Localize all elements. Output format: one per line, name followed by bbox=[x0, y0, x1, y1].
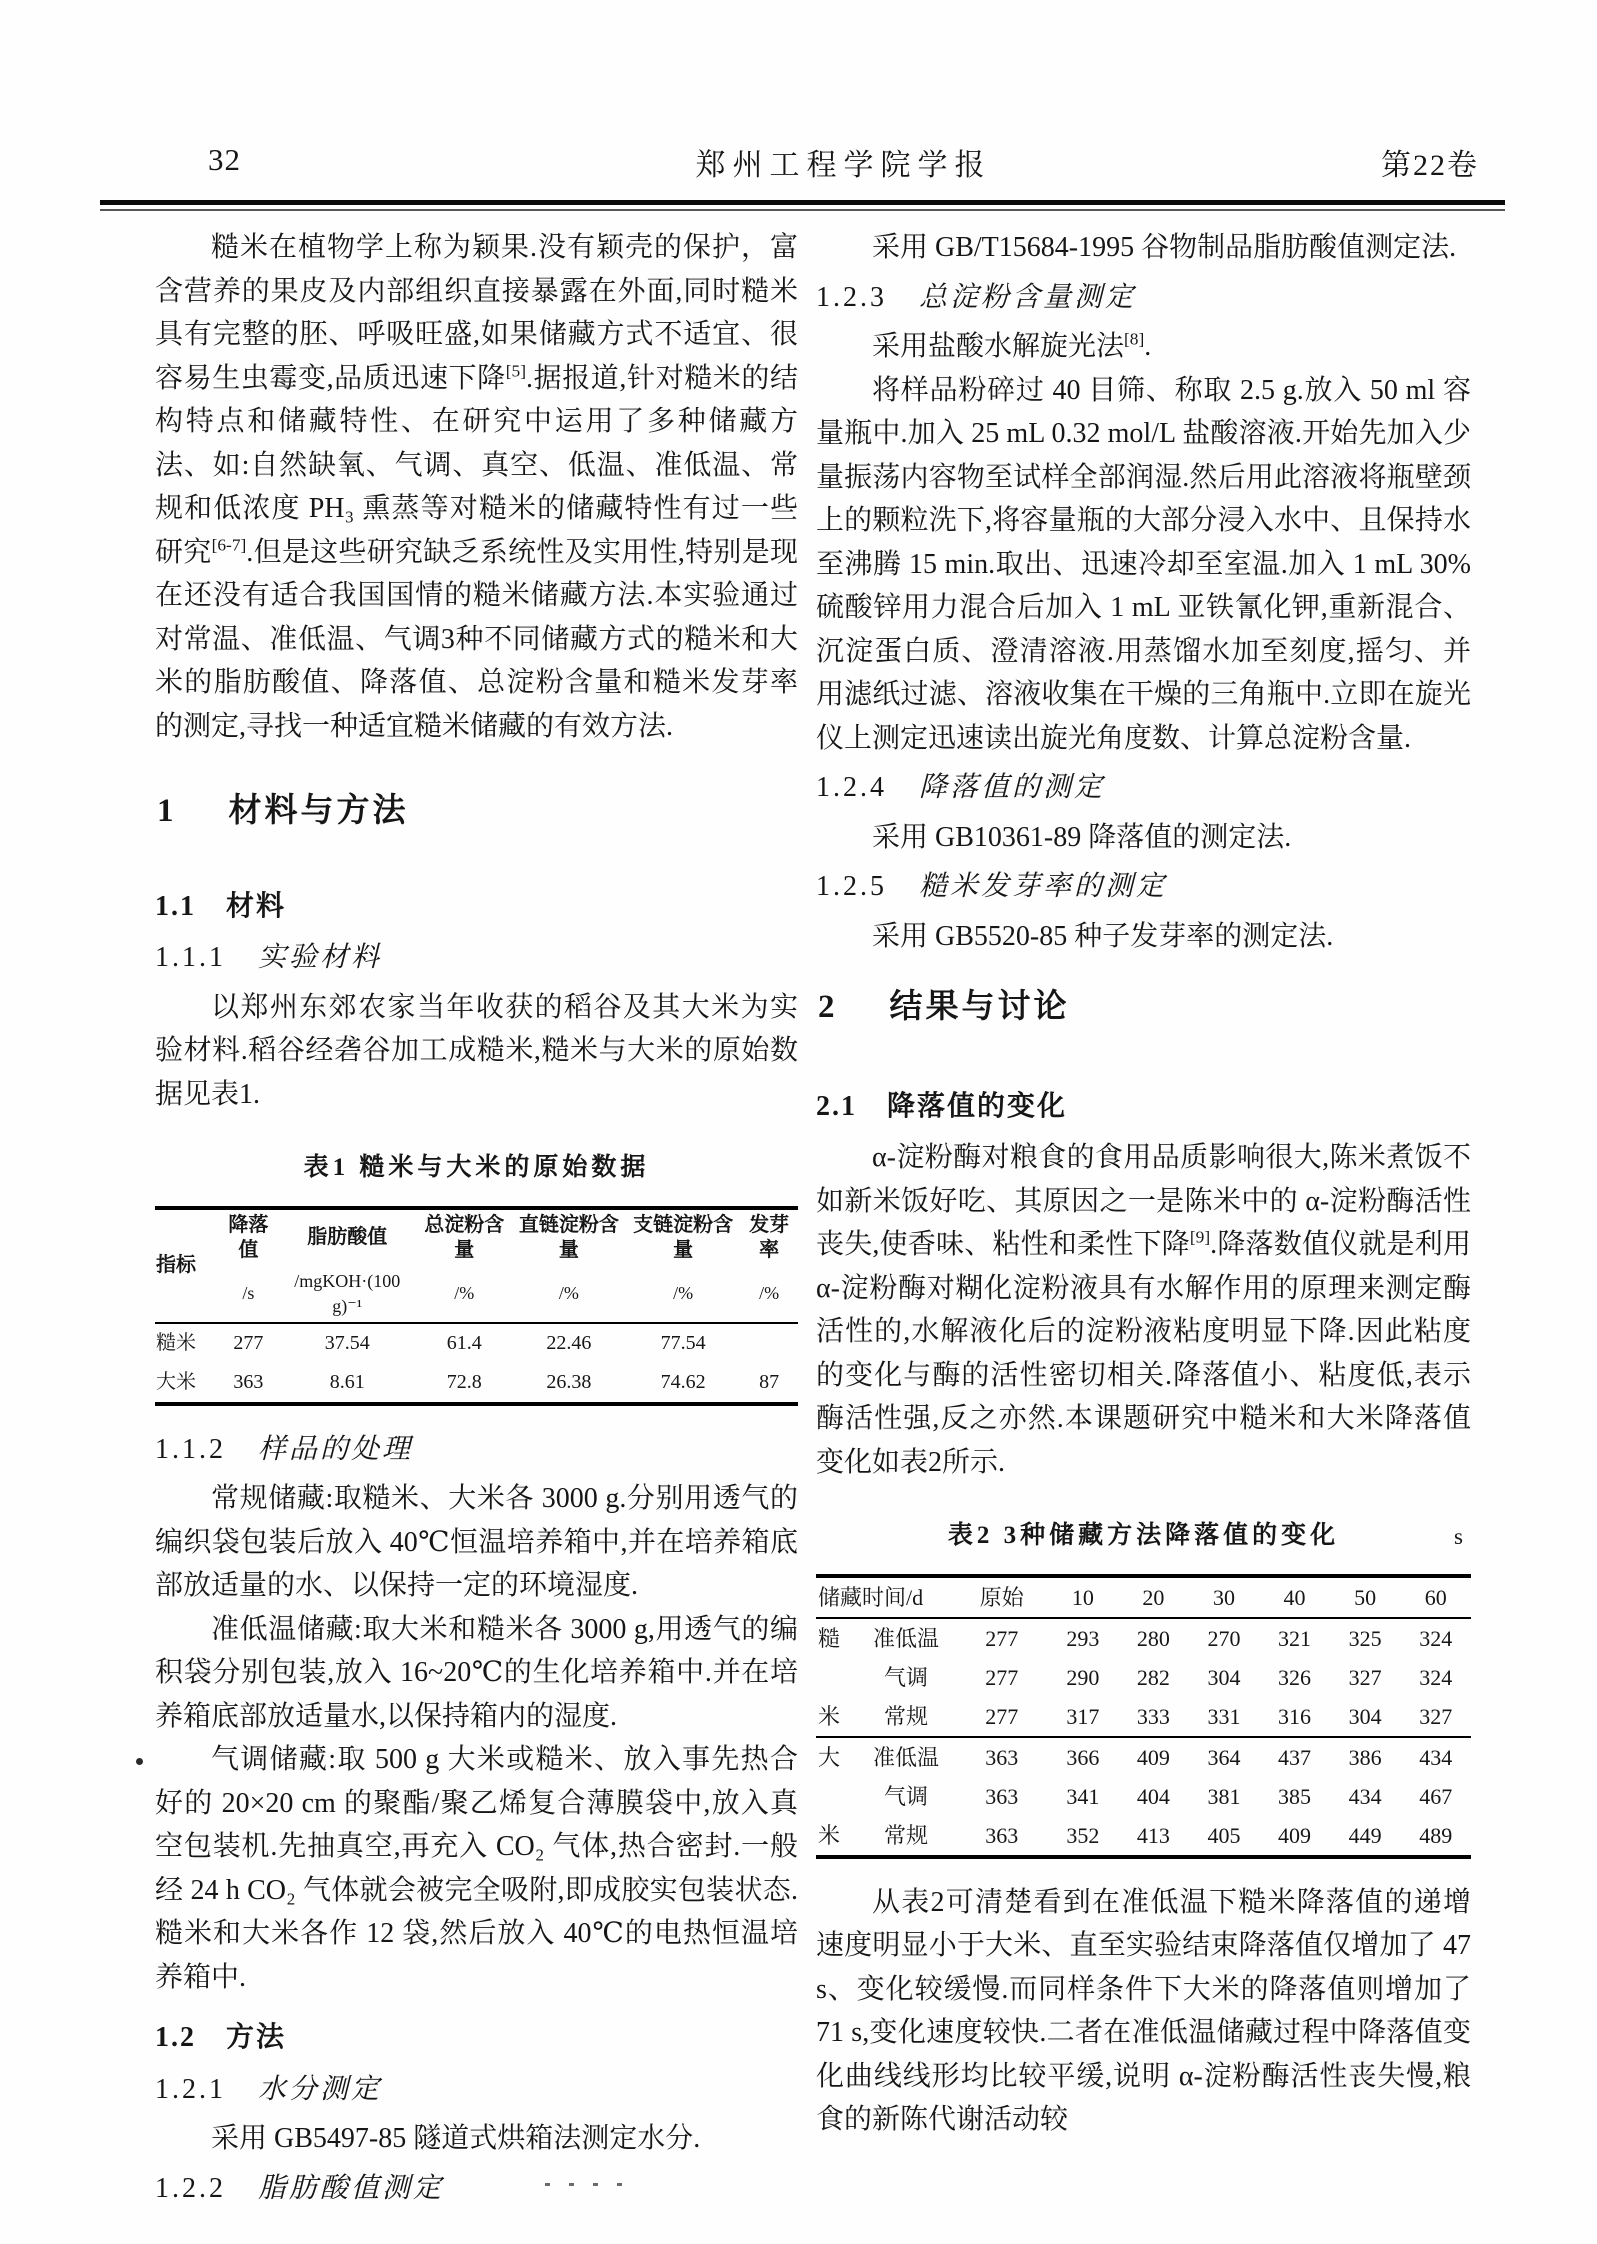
table-cell: 290 bbox=[1048, 1658, 1119, 1697]
table-cell: 363 bbox=[956, 1777, 1048, 1816]
page-number: 32 bbox=[208, 142, 241, 178]
table-cell: /% bbox=[626, 1266, 740, 1323]
heading-1-2-3: 1.2.3总淀粉含量测定 bbox=[816, 276, 1471, 320]
table-cell: 282 bbox=[1118, 1658, 1189, 1697]
table-cell: 409 bbox=[1118, 1737, 1189, 1777]
table-cell: 常规 bbox=[856, 1697, 956, 1737]
heading-1-1: 1.1材料 bbox=[155, 884, 798, 929]
starch-procedure-paragraph: 将样品粉碎过 40 目筛、称取 2.5 g.放入 50 ml 容量瓶中.加入 2… bbox=[816, 369, 1471, 761]
heading-title: 脂肪酸值测定 bbox=[258, 2173, 444, 2204]
table-cell: 直链淀粉含量 bbox=[512, 1208, 626, 1266]
table-cell: 364 bbox=[1189, 1737, 1260, 1777]
table-cell: 489 bbox=[1400, 1816, 1471, 1857]
left-column: 糙米在植物学上称为颖果.没有颖壳的保护，富含营养的果皮及内部组织直接暴露在外面,… bbox=[155, 226, 798, 2216]
table-cell: 434 bbox=[1330, 1777, 1401, 1816]
table2-discussion-paragraph: 从表2可清楚看到在准低温下糙米降落值的递增速度明显小于大米、直至实验结束降落值仅… bbox=[816, 1881, 1471, 2142]
section-2-heading: 2结果与讨论 bbox=[818, 984, 1471, 1030]
heading-1-2-2: 1.2.2脂肪酸值测定 bbox=[155, 2167, 798, 2211]
table-cell: 指标 bbox=[155, 1208, 219, 1323]
section-number: 2 bbox=[818, 989, 838, 1025]
table1-body: 糙米27737.5461.422.4677.54大米3638.6172.826.… bbox=[155, 1323, 798, 1404]
table-cell: 22.46 bbox=[512, 1323, 626, 1363]
table-cell: 324 bbox=[1400, 1618, 1471, 1658]
table2-caption: 表2 3种储藏方法降落值的变化 s bbox=[816, 1514, 1471, 1558]
table-cell: 277 bbox=[956, 1658, 1048, 1697]
heading-title: 方法 bbox=[226, 2021, 286, 2052]
table-cell: 366 bbox=[1048, 1737, 1119, 1777]
table-cell: 333 bbox=[1118, 1697, 1189, 1737]
material-paragraph: 以郑州东郊农家当年收获的稻谷及其大米为实验材料.稻谷经砻谷加工成糙米,糙米与大米… bbox=[155, 986, 798, 1117]
heading-title: 水分测定 bbox=[258, 2074, 382, 2105]
heading-number: 1.1.1 bbox=[155, 942, 226, 973]
table-cell: 409 bbox=[1259, 1816, 1330, 1857]
table1-head: 指标降落值脂肪酸值总淀粉含量直链淀粉含量支链淀粉含量发芽率/s/mgKOH·(1… bbox=[155, 1208, 798, 1323]
table-cell: 37.54 bbox=[278, 1323, 417, 1363]
heading-number: 1.2.4 bbox=[816, 772, 887, 803]
header-rule bbox=[100, 200, 1505, 211]
table-cell: 气调 bbox=[856, 1777, 956, 1816]
table-cell: 324 bbox=[1400, 1658, 1471, 1697]
moisture-method-paragraph: 采用 GB5497-85 隧道式烘箱法测定水分. bbox=[155, 2117, 798, 2161]
heading-1-2-1: 1.2.1水分测定 bbox=[155, 2068, 798, 2112]
table-cell: 26.38 bbox=[512, 1363, 626, 1404]
table-cell: 74.62 bbox=[626, 1363, 740, 1404]
table-cell: 327 bbox=[1330, 1658, 1401, 1697]
falling-number-method-paragraph: 采用 GB10361-89 降落值的测定法. bbox=[816, 816, 1471, 860]
conventional-storage-paragraph: 常规储藏:取糙米、大米各 3000 g.分别用透气的编织袋包装后放入 40℃恒温… bbox=[155, 1477, 798, 1608]
table-cell: 支链淀粉含量 bbox=[626, 1208, 740, 1266]
table-cell bbox=[740, 1323, 798, 1363]
table-cell: 常规 bbox=[856, 1816, 956, 1857]
table-cell: 8.61 bbox=[278, 1363, 417, 1404]
table1: 指标降落值脂肪酸值总淀粉含量直链淀粉含量支链淀粉含量发芽率/s/mgKOH·(1… bbox=[155, 1206, 798, 1406]
table-cell: 77.54 bbox=[626, 1323, 740, 1363]
heading-title: 糙米发芽率的测定 bbox=[919, 871, 1167, 902]
heading-title: 总淀粉含量测定 bbox=[919, 282, 1136, 313]
heading-2-1: 2.1降落值的变化 bbox=[816, 1084, 1471, 1129]
table-cell: 437 bbox=[1259, 1737, 1330, 1777]
table2-unit: s bbox=[1454, 1515, 1463, 1559]
table-cell: 326 bbox=[1259, 1658, 1330, 1697]
scan-artifact-dot bbox=[136, 1758, 143, 1765]
heading-1-1-1: 1.1.1实验材料 bbox=[155, 936, 798, 980]
table-cell: 60 bbox=[1400, 1576, 1471, 1618]
table-cell: 385 bbox=[1259, 1777, 1330, 1816]
table-cell: 341 bbox=[1048, 1777, 1119, 1816]
quasi-low-temp-paragraph: 准低温储藏:取大米和糙米各 3000 g,用透气的编积袋分别包装,放入 16~2… bbox=[155, 1608, 798, 1739]
page-header: 32 郑州工程学院学报 第22卷 bbox=[208, 140, 1479, 186]
table-cell: /mgKOH·(100 g)⁻¹ bbox=[278, 1266, 417, 1323]
table-cell: 304 bbox=[1189, 1658, 1260, 1697]
heading-number: 1.2.5 bbox=[816, 871, 887, 902]
table-cell: 321 bbox=[1259, 1618, 1330, 1658]
table-cell: 20 bbox=[1118, 1576, 1189, 1618]
right-column: 采用 GB/T15684-1995 谷物制品脂肪酸值测定法. 1.2.3总淀粉含… bbox=[816, 226, 1471, 2142]
page: 32 郑州工程学院学报 第22卷 糙米在植物学上称为颖果.没有颖壳的保护，富含营… bbox=[0, 0, 1597, 2244]
table-cell: /% bbox=[512, 1266, 626, 1323]
table-cell: 331 bbox=[1189, 1697, 1260, 1737]
table-cell: 413 bbox=[1118, 1816, 1189, 1857]
table-cell: 10 bbox=[1048, 1576, 1119, 1618]
section-title: 材料与方法 bbox=[229, 791, 409, 828]
table-cell: /s bbox=[219, 1266, 278, 1323]
table-cell: 327 bbox=[1400, 1697, 1471, 1737]
table-cell: 381 bbox=[1189, 1777, 1260, 1816]
heading-title: 降落值的变化 bbox=[887, 1090, 1067, 1121]
table-cell: 61.4 bbox=[417, 1323, 512, 1363]
heading-number: 1.2 bbox=[155, 2022, 196, 2053]
table-cell: 449 bbox=[1330, 1816, 1401, 1857]
heading-title: 样品的处理 bbox=[258, 1434, 413, 1465]
table-cell: 发芽率 bbox=[740, 1208, 798, 1266]
volume-label: 第22卷 bbox=[1381, 140, 1479, 184]
table-cell: 72.8 bbox=[417, 1363, 512, 1404]
heading-number: 1.1.2 bbox=[155, 1434, 226, 1465]
table-cell: 404 bbox=[1118, 1777, 1189, 1816]
table-cell: 280 bbox=[1118, 1618, 1189, 1658]
table-cell: 467 bbox=[1400, 1777, 1471, 1816]
alpha-amylase-paragraph: α-淀粉酶对粮食的食用品质影响很大,陈米煮饭不如新米饭好吃、其原因之一是陈米中的… bbox=[816, 1136, 1471, 1484]
table-cell: 准低温 bbox=[856, 1618, 956, 1658]
heading-1-2-4: 1.2.4降落值的测定 bbox=[816, 766, 1471, 810]
heading-title: 降落值的测定 bbox=[919, 772, 1105, 803]
table-cell: 316 bbox=[1259, 1697, 1330, 1737]
table-cell: 317 bbox=[1048, 1697, 1119, 1737]
table-cell: 30 bbox=[1189, 1576, 1260, 1618]
table-cell: 304 bbox=[1330, 1697, 1401, 1737]
section-number: 1 bbox=[157, 793, 177, 829]
table-cell: 气调 bbox=[856, 1658, 956, 1697]
heading-1-1-2: 1.1.2样品的处理 bbox=[155, 1428, 798, 1472]
table-cell: 降落值 bbox=[219, 1208, 278, 1266]
table-cell: 原始 bbox=[956, 1576, 1048, 1618]
table-cell: 363 bbox=[956, 1816, 1048, 1857]
table-cell: 277 bbox=[219, 1323, 278, 1363]
table-cell: 糙 bbox=[816, 1618, 856, 1658]
table-cell bbox=[816, 1777, 856, 1816]
ca-storage-paragraph: 气调储藏:取 500 g 大米或糙米、放入事先热合好的 20×20 cm 的聚酯… bbox=[155, 1738, 798, 1999]
journal-title: 郑州工程学院学报 bbox=[696, 140, 992, 184]
heading-number: 2.1 bbox=[816, 1091, 857, 1122]
table-cell: 总淀粉含量 bbox=[417, 1208, 512, 1266]
table-cell: 270 bbox=[1189, 1618, 1260, 1658]
scan-artifact-smudge bbox=[545, 2183, 623, 2186]
table-cell: 米 bbox=[816, 1816, 856, 1857]
section-1-heading: 1材料与方法 bbox=[157, 788, 798, 834]
heading-1-2: 1.2方法 bbox=[155, 2015, 798, 2060]
table-cell: 293 bbox=[1048, 1618, 1119, 1658]
heading-number: 1.2.2 bbox=[155, 2173, 226, 2204]
table-cell: 386 bbox=[1330, 1737, 1401, 1777]
table-cell: 准低温 bbox=[856, 1737, 956, 1777]
table1-block: 表1 糙米与大米的原始数据 指标降落值脂肪酸值总淀粉含量直链淀粉含量支链淀粉含量… bbox=[155, 1146, 798, 1406]
table-cell bbox=[816, 1658, 856, 1697]
table2: 储藏时间/d原始102030405060 糙准低温277293280270321… bbox=[816, 1574, 1471, 1859]
starch-method-paragraph: 采用盐酸水解旋光法[8]. bbox=[816, 325, 1471, 369]
table-cell: 糙米 bbox=[155, 1323, 219, 1363]
heading-number: 1.1 bbox=[155, 891, 196, 922]
table-cell: /% bbox=[740, 1266, 798, 1323]
table-cell: 405 bbox=[1189, 1816, 1260, 1857]
heading-number: 1.2.3 bbox=[816, 282, 887, 313]
table-cell: 363 bbox=[956, 1737, 1048, 1777]
table-cell: 434 bbox=[1400, 1737, 1471, 1777]
table-cell: 325 bbox=[1330, 1618, 1401, 1658]
table-cell: 大 bbox=[816, 1737, 856, 1777]
table-cell: 277 bbox=[956, 1618, 1048, 1658]
table-cell: /% bbox=[417, 1266, 512, 1323]
table-cell: 米 bbox=[816, 1697, 856, 1737]
table2-title: 表2 3种储藏方法降落值的变化 bbox=[948, 1522, 1339, 1549]
heading-title: 材料 bbox=[226, 890, 286, 921]
table-cell: 50 bbox=[1330, 1576, 1401, 1618]
table-cell: 352 bbox=[1048, 1816, 1119, 1857]
table-cell: 363 bbox=[219, 1363, 278, 1404]
table-cell: 87 bbox=[740, 1363, 798, 1404]
heading-title: 实验材料 bbox=[258, 942, 382, 973]
table-cell: 40 bbox=[1259, 1576, 1330, 1618]
table2-block: 表2 3种储藏方法降落值的变化 s 储藏时间/d原始102030405060 糙… bbox=[816, 1514, 1471, 1859]
heading-1-2-5: 1.2.5糙米发芽率的测定 bbox=[816, 865, 1471, 909]
intro-paragraph: 糙米在植物学上称为颖果.没有颖壳的保护，富含营养的果皮及内部组织直接暴露在外面,… bbox=[155, 226, 798, 748]
table-cell: 277 bbox=[956, 1697, 1048, 1737]
heading-number: 1.2.1 bbox=[155, 2074, 226, 2105]
table-cell: 脂肪酸值 bbox=[278, 1208, 417, 1266]
table2-head: 储藏时间/d原始102030405060 bbox=[816, 1576, 1471, 1618]
fat-acid-method-paragraph: 采用 GB/T15684-1995 谷物制品脂肪酸值测定法. bbox=[816, 226, 1471, 270]
section-title: 结果与讨论 bbox=[890, 987, 1070, 1024]
table-cell: 大米 bbox=[155, 1363, 219, 1404]
germination-method-paragraph: 采用 GB5520-85 种子发芽率的测定法. bbox=[816, 915, 1471, 959]
table-cell: 储藏时间/d bbox=[816, 1576, 956, 1618]
table2-body: 糙准低温277293280270321325324气调2772902823043… bbox=[816, 1618, 1471, 1857]
table1-title: 表1 糙米与大米的原始数据 bbox=[155, 1146, 798, 1190]
